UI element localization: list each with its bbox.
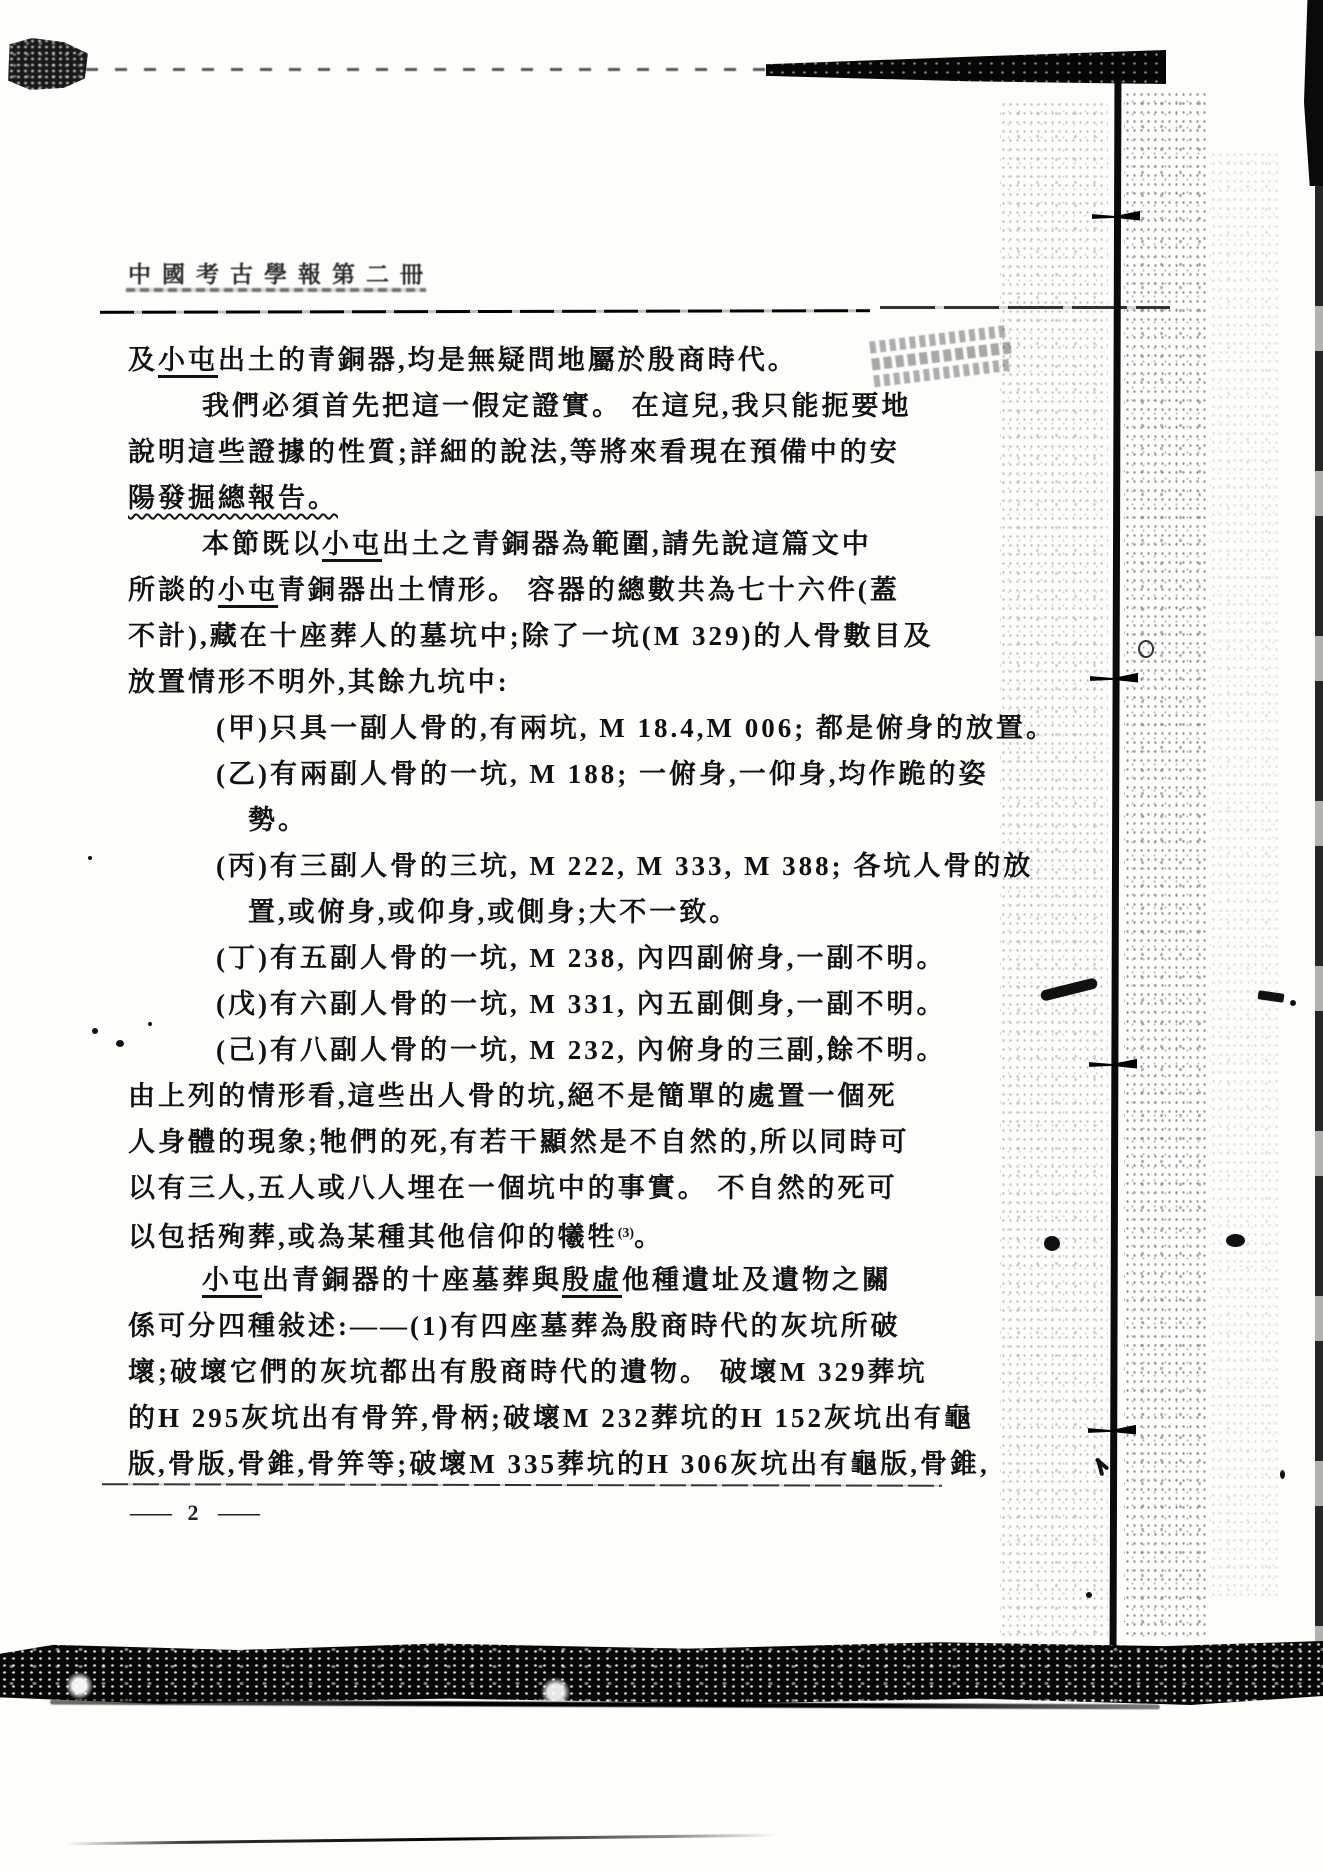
page-number-dash: ——	[130, 1500, 170, 1525]
text-segment: 置,或俯身,或仰身,或側身;大不一致。	[248, 897, 739, 927]
text-line: (丙)有三副人骨的三坑, M 222, M 333, M 388; 各坑人骨的放	[216, 843, 928, 889]
text-line: 所談的小屯青銅器出土情形。 容器的總數共為七十六件(蓋	[128, 567, 928, 613]
page-number: —— 2 ——	[130, 1498, 258, 1528]
page-number-value: 2	[178, 1500, 211, 1525]
text-segment: (甲)只具一副人骨的,有兩坑, M 18.4,M 006; 都是俯身的放置。	[216, 713, 1056, 743]
text-line: (甲)只具一副人骨的,有兩坑, M 18.4,M 006; 都是俯身的放置。	[216, 705, 928, 751]
text-line: (丁)有五副人骨的一坑, M 238, 內四副俯身,一副不明。	[216, 935, 928, 981]
text-segment: 小屯	[202, 1265, 262, 1295]
text-segment: (己)有八副人骨的一坑, M 232, 內俯身的三副,餘不明。	[216, 1035, 946, 1065]
scan-edge-dotted-line	[86, 68, 806, 71]
ink-speck	[1290, 1000, 1296, 1006]
text-segment: (丙)有三副人骨的三坑, M 222, M 333, M 388; 各坑人骨的放	[216, 851, 1033, 881]
text-segment: 所談的	[128, 575, 218, 605]
text-line: (戊)有六副人骨的一坑, M 331, 內五副側身,一副不明。	[216, 981, 928, 1027]
text-segment: 青銅器出土情形。 容器的總數共為七十六件(蓋	[278, 575, 900, 605]
text-line: 放置情形不明外,其餘九坑中:	[128, 659, 928, 705]
text-segment: 出土的青銅器,均是無疑問地屬於殷商時代。	[218, 345, 798, 375]
page-number-dash: ——	[218, 1500, 258, 1525]
scan-black-band-bottom	[0, 1641, 1323, 1705]
head-rule-left	[100, 309, 870, 314]
text-line: 以有三人,五人或八人埋在一個坑中的事實。 不自然的死可	[128, 1165, 928, 1211]
text-segment: 小屯	[322, 529, 382, 559]
text-segment: 。	[634, 1222, 664, 1252]
scanned-book-page: 中國考古學報第二冊 及小屯出土的青銅器,均是無疑問地屬於殷商時代。我們必須首先把…	[0, 0, 1323, 1871]
ink-speck	[116, 1040, 124, 1047]
text-line: 以包括殉葬,或為某種其他信仰的犧牲(3)。	[128, 1211, 928, 1257]
gutter-speckle-right	[1124, 90, 1206, 1640]
ink-speck	[1226, 1234, 1245, 1247]
text-line: 置,或俯身,或仰身,或側身;大不一致。	[248, 889, 928, 935]
text-segment: 小屯	[158, 345, 218, 375]
running-head-smudge	[126, 288, 426, 292]
text-segment: 人身體的現象;牠們的死,有若干顯然是不自然的,所以同時可	[128, 1127, 910, 1157]
text-column: 及小屯出土的青銅器,均是無疑問地屬於殷商時代。我們必須首先把這一假定證實。 在這…	[128, 337, 928, 1487]
text-line: 及小屯出土的青銅器,均是無疑問地屬於殷商時代。	[128, 337, 928, 383]
ink-speck	[92, 1028, 98, 1034]
text-segment: 係可分四種敍述:——(1)有四座墓葬為殷商時代的灰坑所破	[128, 1311, 900, 1341]
text-segment: 以包括殉葬,或為某種其他信仰的犧牲	[128, 1222, 618, 1252]
text-segment: 殷虛	[562, 1265, 622, 1295]
library-stamp	[869, 320, 1016, 403]
text-segment: (乙)有兩副人骨的一坑, M 188; 一俯身,一仰身,均作跪的姿	[216, 759, 988, 789]
text-line: 的H 295灰坑出有骨笄,骨柄;破壞M 232葬坑的H 152灰坑出有龜	[128, 1395, 928, 1441]
text-segment: 不計),藏在十座葬人的墓坑中;除了一坑(M 329)的人骨數目及	[128, 621, 933, 651]
ink-speck	[1280, 1470, 1285, 1479]
footnote-ref: (3)	[618, 1226, 634, 1241]
text-segment: 他種遺址及遺物之關	[622, 1265, 892, 1295]
text-segment: 由上列的情形看,這些出人骨的坑,絕不是簡單的處置一個死	[128, 1081, 898, 1111]
text-line: 人身體的現象;牠們的死,有若干顯然是不自然的,所以同時可	[128, 1119, 928, 1165]
text-line: 由上列的情形看,這些出人骨的坑,絕不是簡單的處置一個死	[128, 1073, 928, 1119]
text-segment: 出青銅器的十座墓葬與	[262, 1265, 562, 1295]
text-segment: 小屯	[218, 575, 278, 605]
text-line: (己)有八副人骨的一坑, M 232, 內俯身的三副,餘不明。	[216, 1027, 928, 1073]
gutter-speckle-left	[1000, 100, 1108, 1640]
scan-diagonal-streak-bottom	[65, 1834, 777, 1846]
ink-speck	[1086, 1592, 1092, 1598]
text-line: 勢。	[248, 797, 928, 843]
scan-black-band-top-right	[766, 50, 1166, 84]
text-line: 小屯出青銅器的十座墓葬與殷虛他種遺址及遺物之關	[202, 1257, 928, 1303]
ink-speck	[148, 1022, 152, 1026]
text-segment: 出土之青銅器為範圍,請先說這篇文中	[382, 529, 872, 559]
gutter-speckle-far	[1210, 150, 1280, 1600]
ink-speck	[88, 856, 92, 860]
ink-speck	[1044, 1236, 1060, 1251]
text-segment: 勢。	[248, 805, 308, 835]
text-segment: 以有三人,五人或八人埋在一個坑中的事實。 不自然的死可	[128, 1173, 898, 1203]
text-segment: 的H 295灰坑出有骨笄,骨柄;破壞M 232葬坑的H 152灰坑出有龜	[128, 1403, 974, 1433]
running-head: 中國考古學報第二冊	[128, 256, 434, 289]
text-segment: 放置情形不明外,其餘九坑中:	[128, 667, 510, 697]
text-segment: 及	[128, 345, 158, 375]
text-segment: 壞;破壞它們的灰坑都出有殷商時代的遺物。 破壞M 329葬坑	[128, 1357, 927, 1387]
text-line: (乙)有兩副人骨的一坑, M 188; 一俯身,一仰身,均作跪的姿	[216, 751, 928, 797]
text-segment: 本節既以	[202, 529, 322, 559]
text-line: 我們必須首先把這一假定證實。 在這兒,我只能扼要地	[202, 383, 928, 429]
text-segment: 版,骨版,骨錐,骨笄等;破壞M 335葬坑的H 306灰坑出有龜版,骨錐,	[128, 1449, 990, 1479]
text-segment: (戊)有六副人骨的一坑, M 331, 內五副側身,一副不明。	[216, 989, 946, 1019]
scan-streak-under-band	[50, 1700, 1160, 1710]
text-line: 壞;破壞它們的灰坑都出有殷商時代的遺物。 破壞M 329葬坑	[128, 1349, 928, 1395]
text-line: 說明這些證據的性質;詳細的說法,等將來看現在預備中的安	[128, 429, 928, 475]
ink-blob-top-left	[8, 38, 88, 90]
text-segment: 陽發掘總報告。	[128, 483, 338, 513]
binding-spine-line	[1110, 80, 1122, 1648]
text-line: 陽發掘總報告。	[128, 475, 928, 521]
text-segment: 我們必須首先把這一假定證實。 在這兒,我只能扼要地	[202, 391, 912, 421]
scan-dark-right-edge	[1315, 186, 1323, 1646]
text-line: 版,骨版,骨錐,骨笄等;破壞M 335葬坑的H 306灰坑出有龜版,骨錐,	[128, 1441, 928, 1487]
text-segment: 說明這些證據的性質;詳細的說法,等將來看現在預備中的安	[128, 437, 900, 467]
text-line: 係可分四種敍述:——(1)有四座墓葬為殷商時代的灰坑所破	[128, 1303, 928, 1349]
text-segment: (丁)有五副人骨的一坑, M 238, 內四副俯身,一副不明。	[216, 943, 946, 973]
scan-dark-right-edge-top	[1304, 0, 1323, 186]
text-line: 不計),藏在十座葬人的墓坑中;除了一坑(M 329)的人骨數目及	[128, 613, 928, 659]
text-line: 本節既以小屯出土之青銅器為範圍,請先說這篇文中	[202, 521, 928, 567]
